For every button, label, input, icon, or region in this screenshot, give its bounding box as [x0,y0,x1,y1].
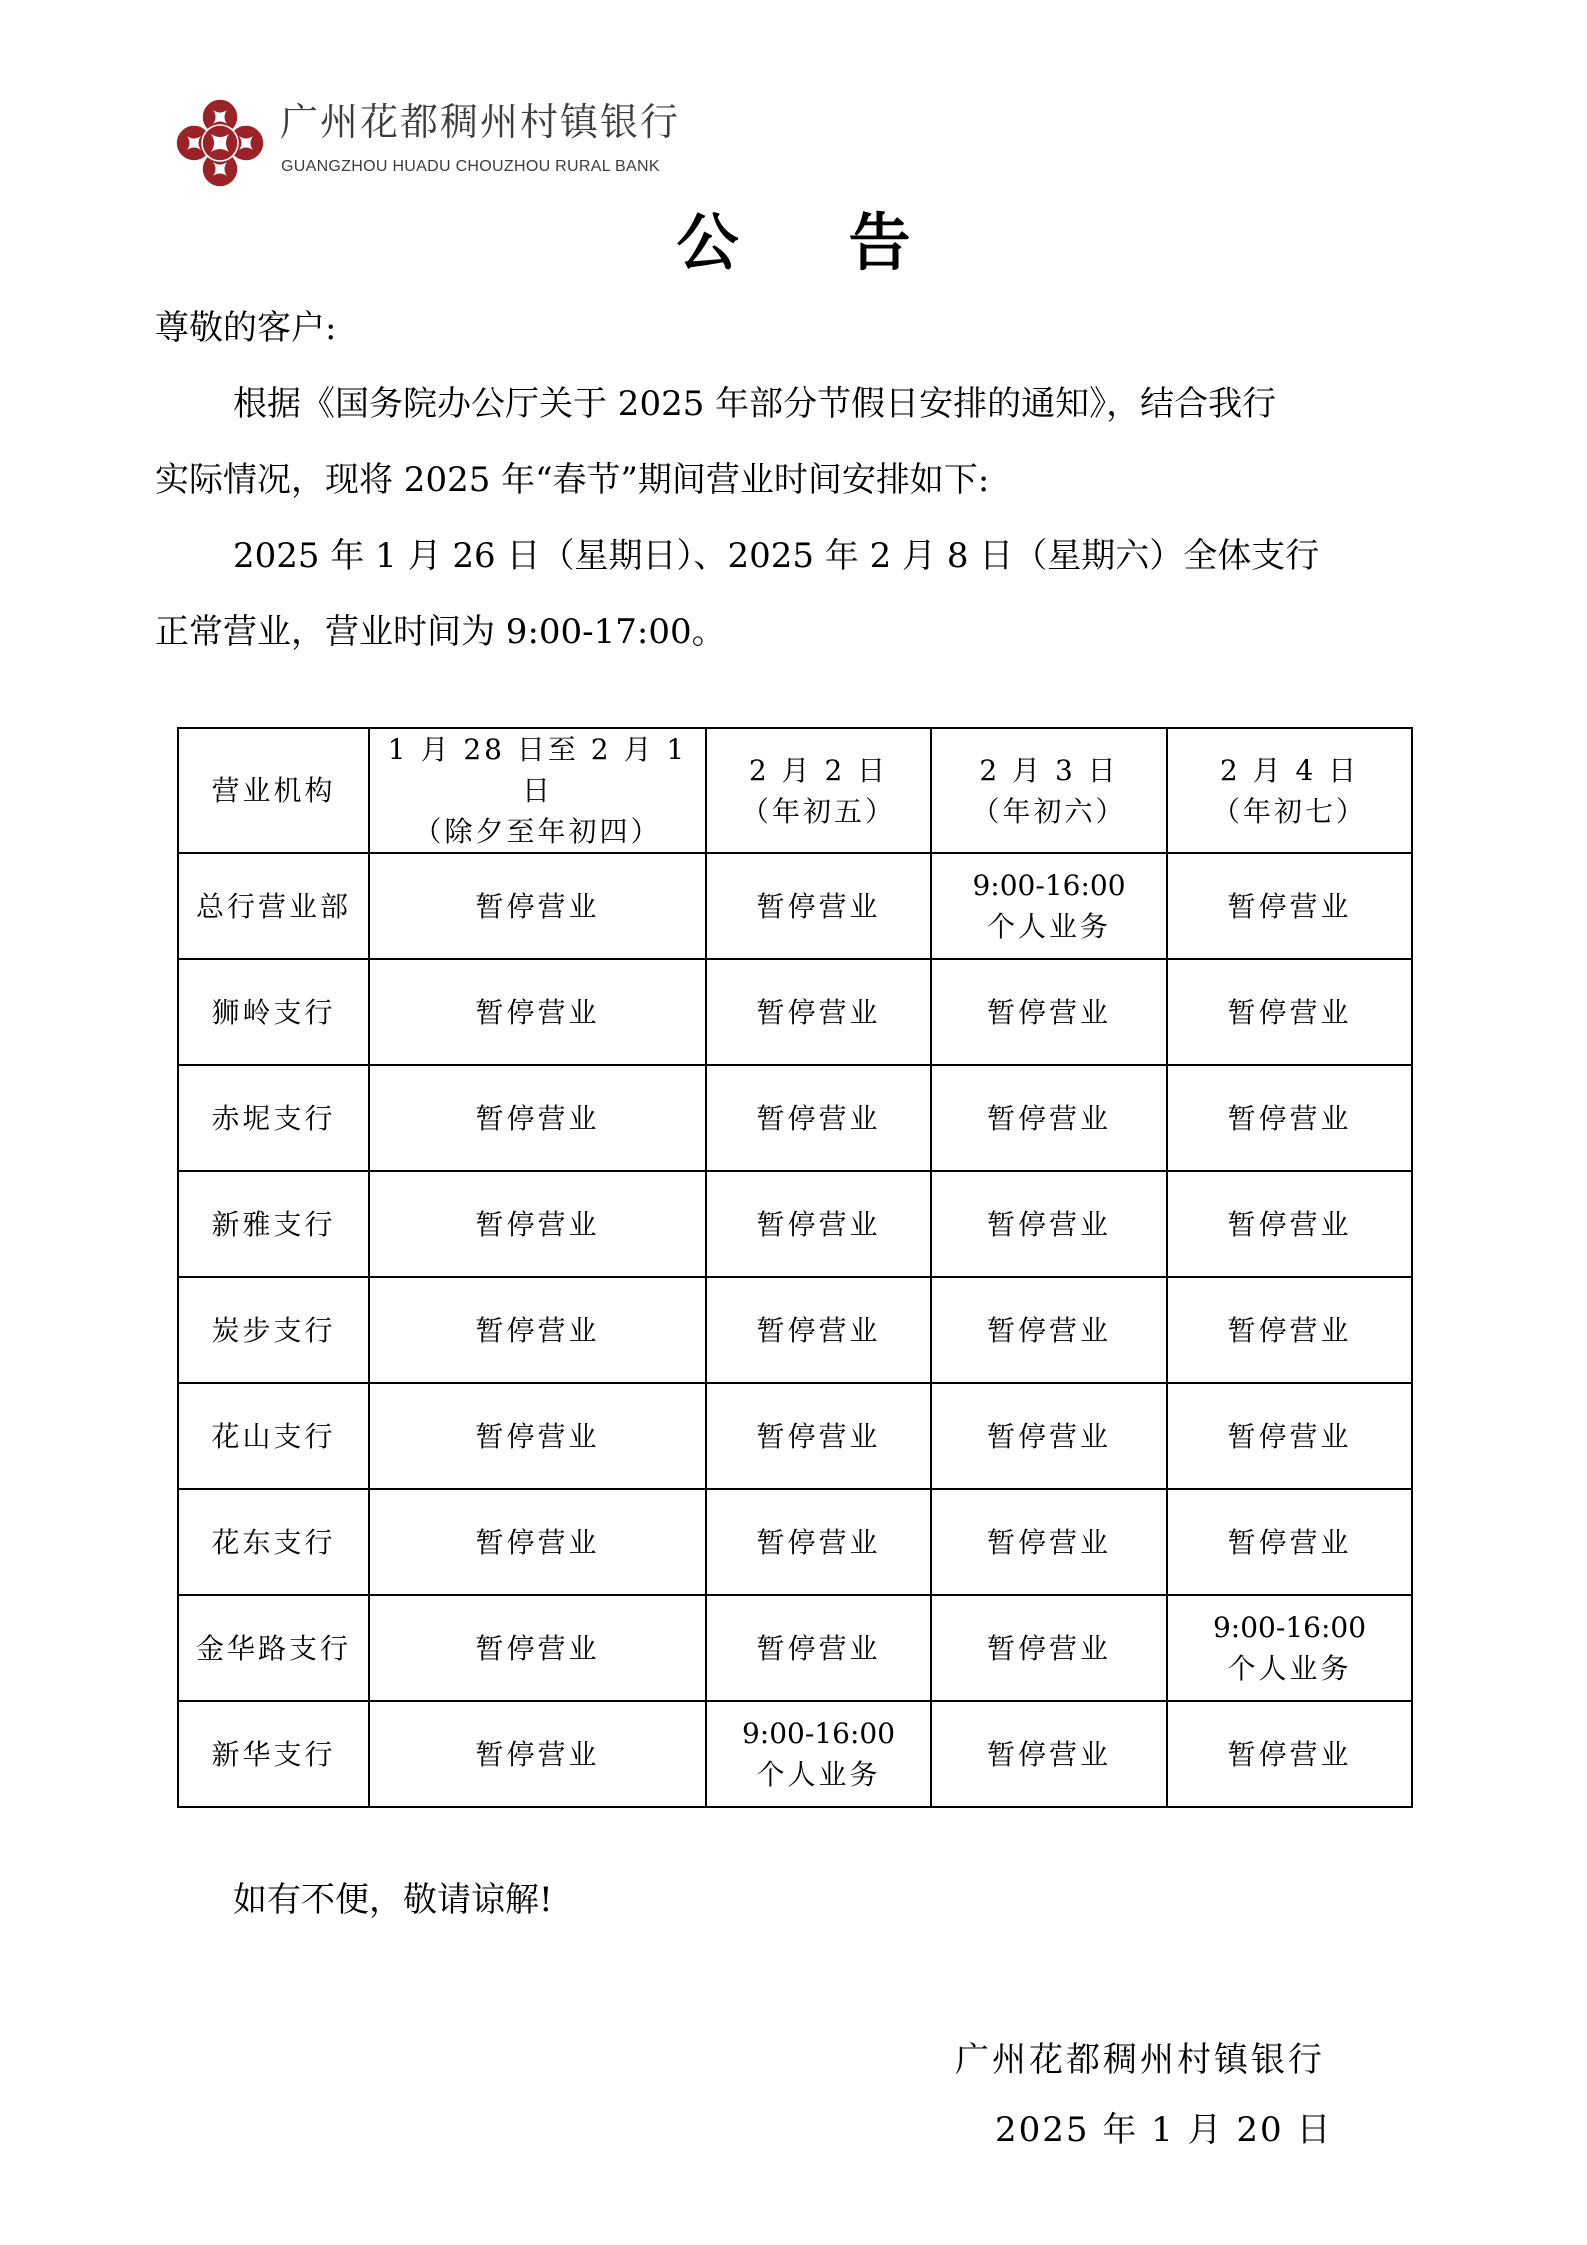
schedule-cell: 暂停营业 [1167,1701,1412,1807]
header-feb4: 2 月 4 日（年初七） [1167,728,1412,853]
schedule-cell: 暂停营业 [706,1489,931,1595]
table-row: 狮岭支行 暂停营业 暂停营业 暂停营业 暂停营业 [178,959,1412,1065]
bank-name-cn: 广州花都稠州村镇银行 [280,100,680,144]
schedule-cell: 暂停营业 [369,1277,706,1383]
paragraph-2-line-2: 正常营业，营业时间为 9:00-17:00。 [155,594,1445,670]
schedule-cell: 暂停营业 [931,1277,1167,1383]
paragraph-1-line-1: 根据《国务院办公厅关于 2025 年部分节假日安排的通知》，结合我行 [155,366,1523,442]
table-row: 新雅支行 暂停营业 暂停营业 暂停营业 暂停营业 [178,1171,1412,1277]
schedule-cell: 9:00-16:00个人业务 [1167,1595,1412,1701]
title-char-1: 公 [676,203,738,283]
branch-name: 花山支行 [178,1383,369,1489]
branch-name: 新雅支行 [178,1171,369,1277]
branch-name: 赤坭支行 [178,1065,369,1171]
bank-name-en: GUANGZHOU HUADU CHOUZHOU RURAL BANK [281,157,660,177]
schedule-cell: 暂停营业 [706,1383,931,1489]
paragraph-2-line-1: 2025 年 1 月 26 日（星期日）、2025 年 2 月 8 日（星期六）… [155,518,1523,594]
schedule-cell: 暂停营业 [1167,1277,1412,1383]
schedule-cell: 暂停营业 [1167,1171,1412,1277]
schedule-cell: 暂停营业 [1167,1383,1412,1489]
schedule-cell: 暂停营业 [931,1383,1167,1489]
table-row: 总行营业部 暂停营业 暂停营业 9:00-16:00个人业务 暂停营业 [178,853,1412,959]
schedule-cell: 暂停营业 [931,959,1167,1065]
table-row: 新华支行 暂停营业 9:00-16:00个人业务 暂停营业 暂停营业 [178,1701,1412,1807]
salutation: 尊敬的客户: [155,290,1445,366]
header-jan28-feb1: 1 月 28 日至 2 月 1 日（除夕至年初四） [369,728,706,853]
schedule-cell: 暂停营业 [369,959,706,1065]
schedule-cell: 暂停营业 [369,1383,706,1489]
schedule-cell: 暂停营业 [931,1701,1167,1807]
table-row: 金华路支行 暂停营业 暂停营业 暂停营业 9:00-16:00个人业务 [178,1595,1412,1701]
coin-cluster-logo-icon [175,98,265,188]
table-row: 花山支行 暂停营业 暂停营业 暂停营业 暂停营业 [178,1383,1412,1489]
branch-name: 金华路支行 [178,1595,369,1701]
schedule-cell: 暂停营业 [931,1595,1167,1701]
branch-name: 总行营业部 [178,853,369,959]
table-row: 花东支行 暂停营业 暂停营业 暂停营业 暂停营业 [178,1489,1412,1595]
branch-name: 新华支行 [178,1701,369,1807]
schedule-cell: 暂停营业 [369,1701,706,1807]
schedule-cell: 暂停营业 [1167,1065,1412,1171]
branch-name: 花东支行 [178,1489,369,1595]
page-title: 公告 [0,203,1587,283]
schedule-cell: 暂停营业 [369,1489,706,1595]
schedule-cell: 暂停营业 [369,853,706,959]
schedule-cell: 暂停营业 [931,1171,1167,1277]
schedule-cell: 暂停营业 [1167,1489,1412,1595]
closing-remark: 如有不便，敬请谅解! [233,1862,1523,1938]
schedule-cell: 暂停营业 [369,1595,706,1701]
schedule-cell: 暂停营业 [706,959,931,1065]
header-feb3: 2 月 3 日（年初六） [931,728,1167,853]
paragraph-1-line-2: 实际情况，现将 2025 年“春节”期间营业时间安排如下: [155,442,1445,518]
schedule-cell: 暂停营业 [706,1277,931,1383]
branch-name: 炭步支行 [178,1277,369,1383]
branch-name: 狮岭支行 [178,959,369,1065]
schedule-cell: 暂停营业 [931,1065,1167,1171]
table-row: 赤坭支行 暂停营业 暂停营业 暂停营业 暂停营业 [178,1065,1412,1171]
holiday-schedule-table: 营业机构 1 月 28 日至 2 月 1 日（除夕至年初四） 2 月 2 日（年… [177,727,1413,1808]
schedule-cell: 暂停营业 [706,1171,931,1277]
schedule-cell: 9:00-16:00个人业务 [706,1701,931,1807]
schedule-cell: 暂停营业 [1167,959,1412,1065]
schedule-cell: 暂停营业 [1167,853,1412,959]
header-branch: 营业机构 [178,728,369,853]
table-row: 炭步支行 暂停营业 暂停营业 暂停营业 暂停营业 [178,1277,1412,1383]
schedule-cell: 暂停营业 [706,1595,931,1701]
schedule-cell: 暂停营业 [931,1489,1167,1595]
signature-organization: 广州花都稠州村镇银行 [955,2030,1325,2090]
title-char-2: 告 [849,203,911,283]
header-feb2: 2 月 2 日（年初五） [706,728,931,853]
schedule-cell: 暂停营业 [706,1065,931,1171]
schedule-cell: 暂停营业 [369,1171,706,1277]
signature-date: 2025 年 1 月 20 日 [995,2100,1332,2160]
table-header-row: 营业机构 1 月 28 日至 2 月 1 日（除夕至年初四） 2 月 2 日（年… [178,728,1412,853]
schedule-cell: 暂停营业 [706,853,931,959]
schedule-cell: 9:00-16:00个人业务 [931,853,1167,959]
schedule-cell: 暂停营业 [369,1065,706,1171]
